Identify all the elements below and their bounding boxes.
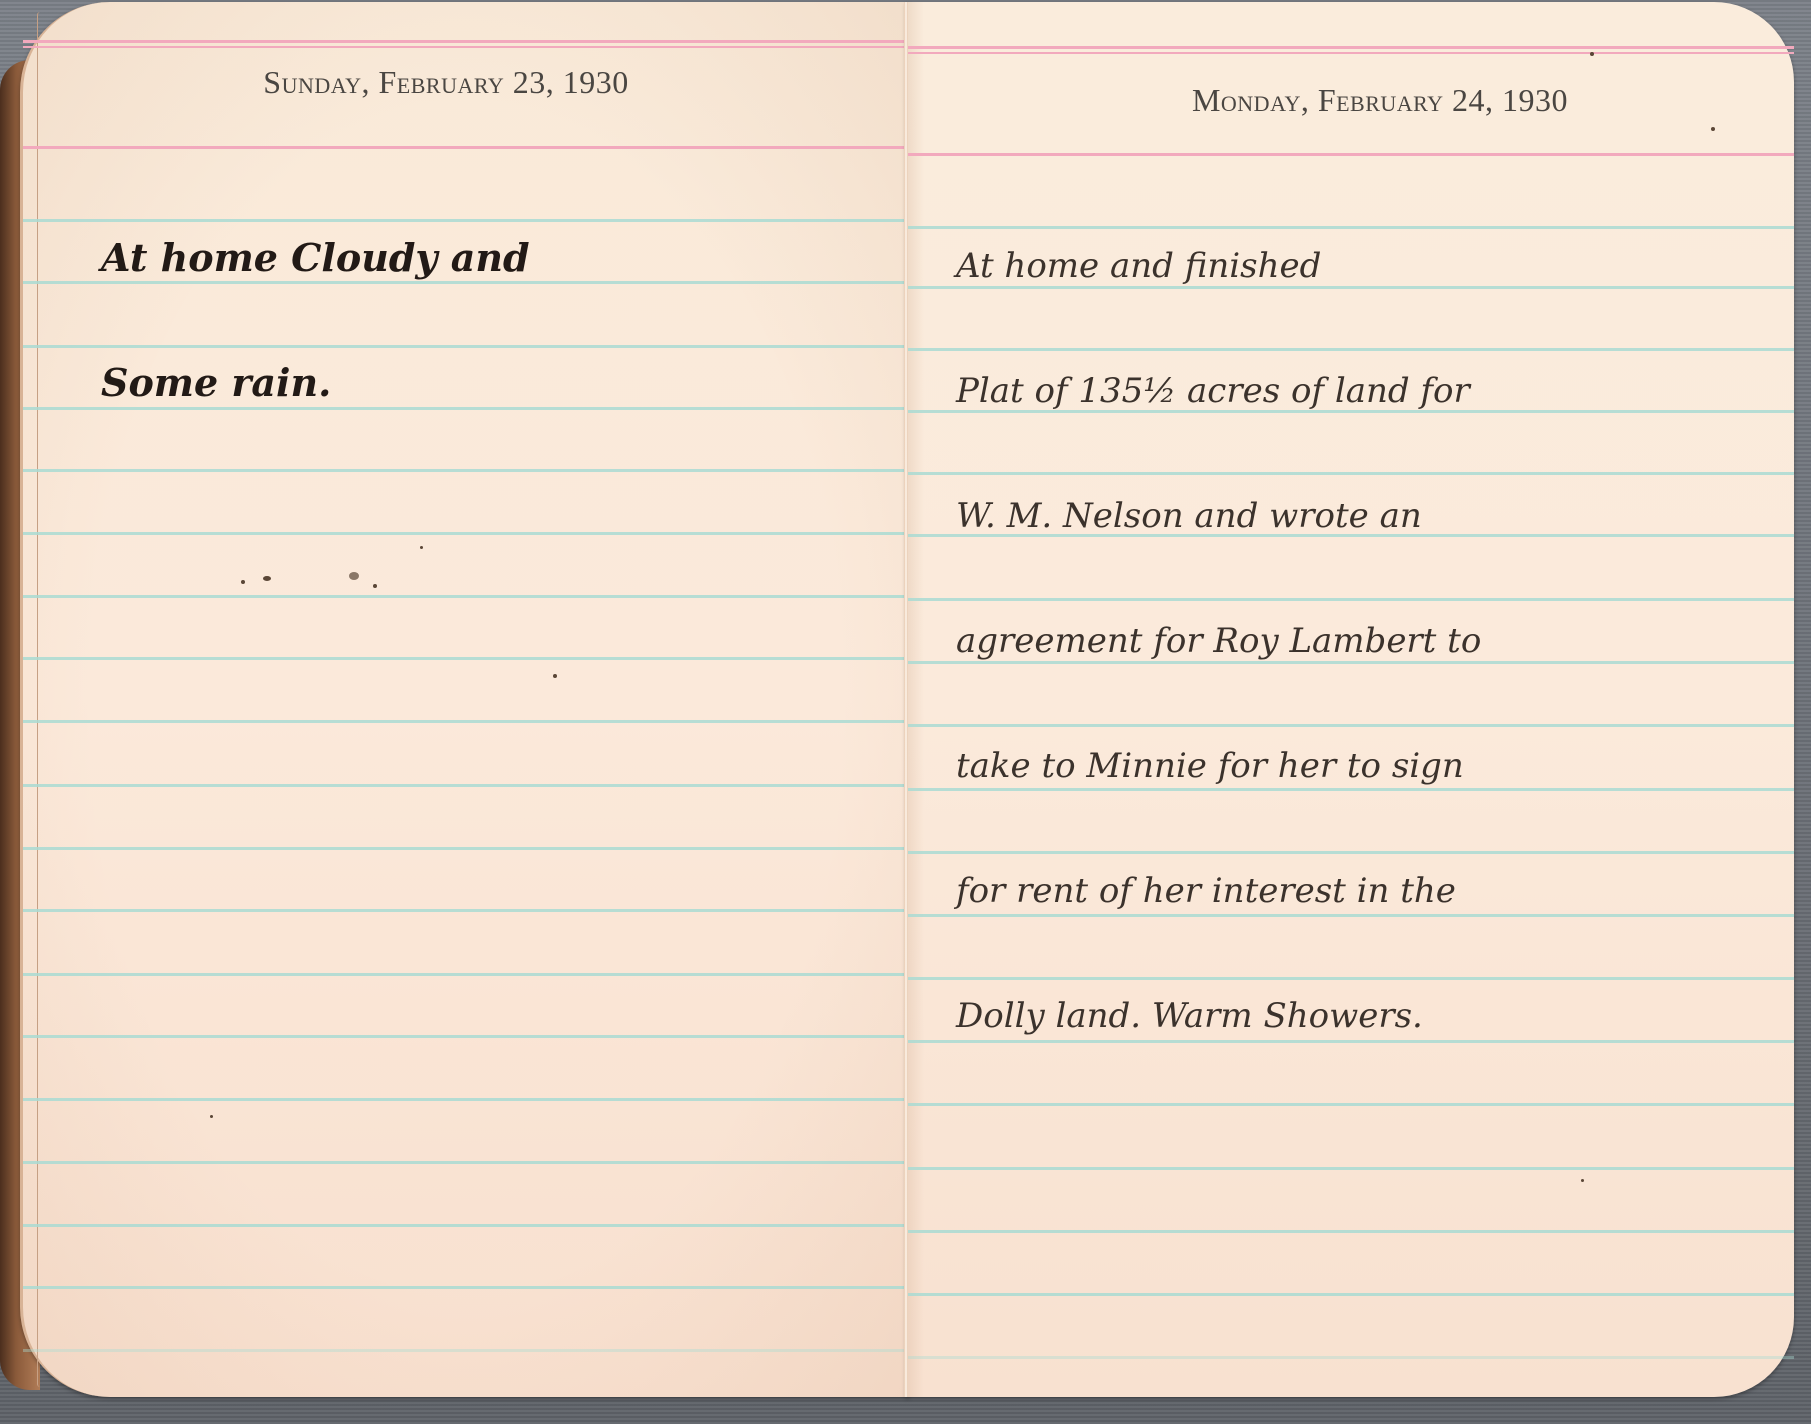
ruled-line [23, 657, 909, 660]
ruled-line [23, 847, 909, 850]
ink-speck [263, 576, 271, 581]
ruled-line [23, 1098, 909, 1101]
entry-line: agreement for Roy Lambert to [956, 610, 1481, 673]
date-heading: Sunday, February 23, 1930 [23, 64, 869, 101]
ruled-line [906, 1356, 1794, 1359]
header-double-line-top [23, 40, 909, 43]
right-page: Monday, February 24, 1930 At home and fi… [906, 2, 1794, 1397]
book-spine [904, 2, 908, 1397]
handwritten-entry: At home and finished Plat of 135½ acres … [956, 172, 1481, 1110]
header-separator-line [23, 146, 909, 149]
entry-line: for rent of her interest in the [956, 860, 1481, 923]
ruled-line [23, 595, 909, 598]
entry-line: Dolly land. Warm Showers. [956, 985, 1481, 1048]
entry-line: At home and finished [956, 235, 1481, 298]
left-page: Sunday, February 23, 1930 At home Cloudy… [20, 2, 909, 1397]
ruled-line [23, 1349, 909, 1352]
handwritten-entry: At home Cloudy and Some rain. [101, 164, 530, 477]
date-heading: Monday, February 24, 1930 [966, 82, 1794, 119]
ink-speck [1581, 1179, 1584, 1182]
ink-speck [373, 584, 377, 588]
ruled-line [23, 532, 909, 535]
entry-line: take to Minnie for her to sign [956, 735, 1481, 798]
ink-speck [349, 572, 359, 580]
ruled-line [23, 973, 909, 976]
header-double-line-bottom [23, 46, 909, 48]
open-diary: Sunday, February 23, 1930 At home Cloudy… [20, 2, 1795, 1402]
ink-speck [1711, 127, 1715, 131]
ruled-line [23, 720, 909, 723]
header-double-line-bottom [906, 52, 1794, 54]
ink-speck [553, 674, 557, 678]
entry-line: Some rain. [101, 352, 530, 415]
entry-line: W. M. Nelson and wrote an [956, 485, 1481, 548]
ink-speck [210, 1115, 213, 1118]
ruled-line [23, 1224, 909, 1227]
header-separator-line [906, 153, 1794, 156]
entry-line: At home Cloudy and [101, 227, 530, 290]
ink-speck [1590, 52, 1594, 56]
ruled-line [23, 784, 909, 787]
ink-speck [420, 546, 423, 549]
ink-speck [241, 580, 245, 584]
ruled-line [23, 1286, 909, 1289]
ruled-line [906, 1293, 1794, 1296]
ruled-line [23, 909, 909, 912]
entry-line: Plat of 135½ acres of land for [956, 360, 1481, 423]
ruled-line [23, 1161, 909, 1164]
ruled-line [906, 1230, 1794, 1233]
header-double-line-top [906, 46, 1794, 49]
ruled-line [906, 1167, 1794, 1170]
ruled-line [23, 1035, 909, 1038]
